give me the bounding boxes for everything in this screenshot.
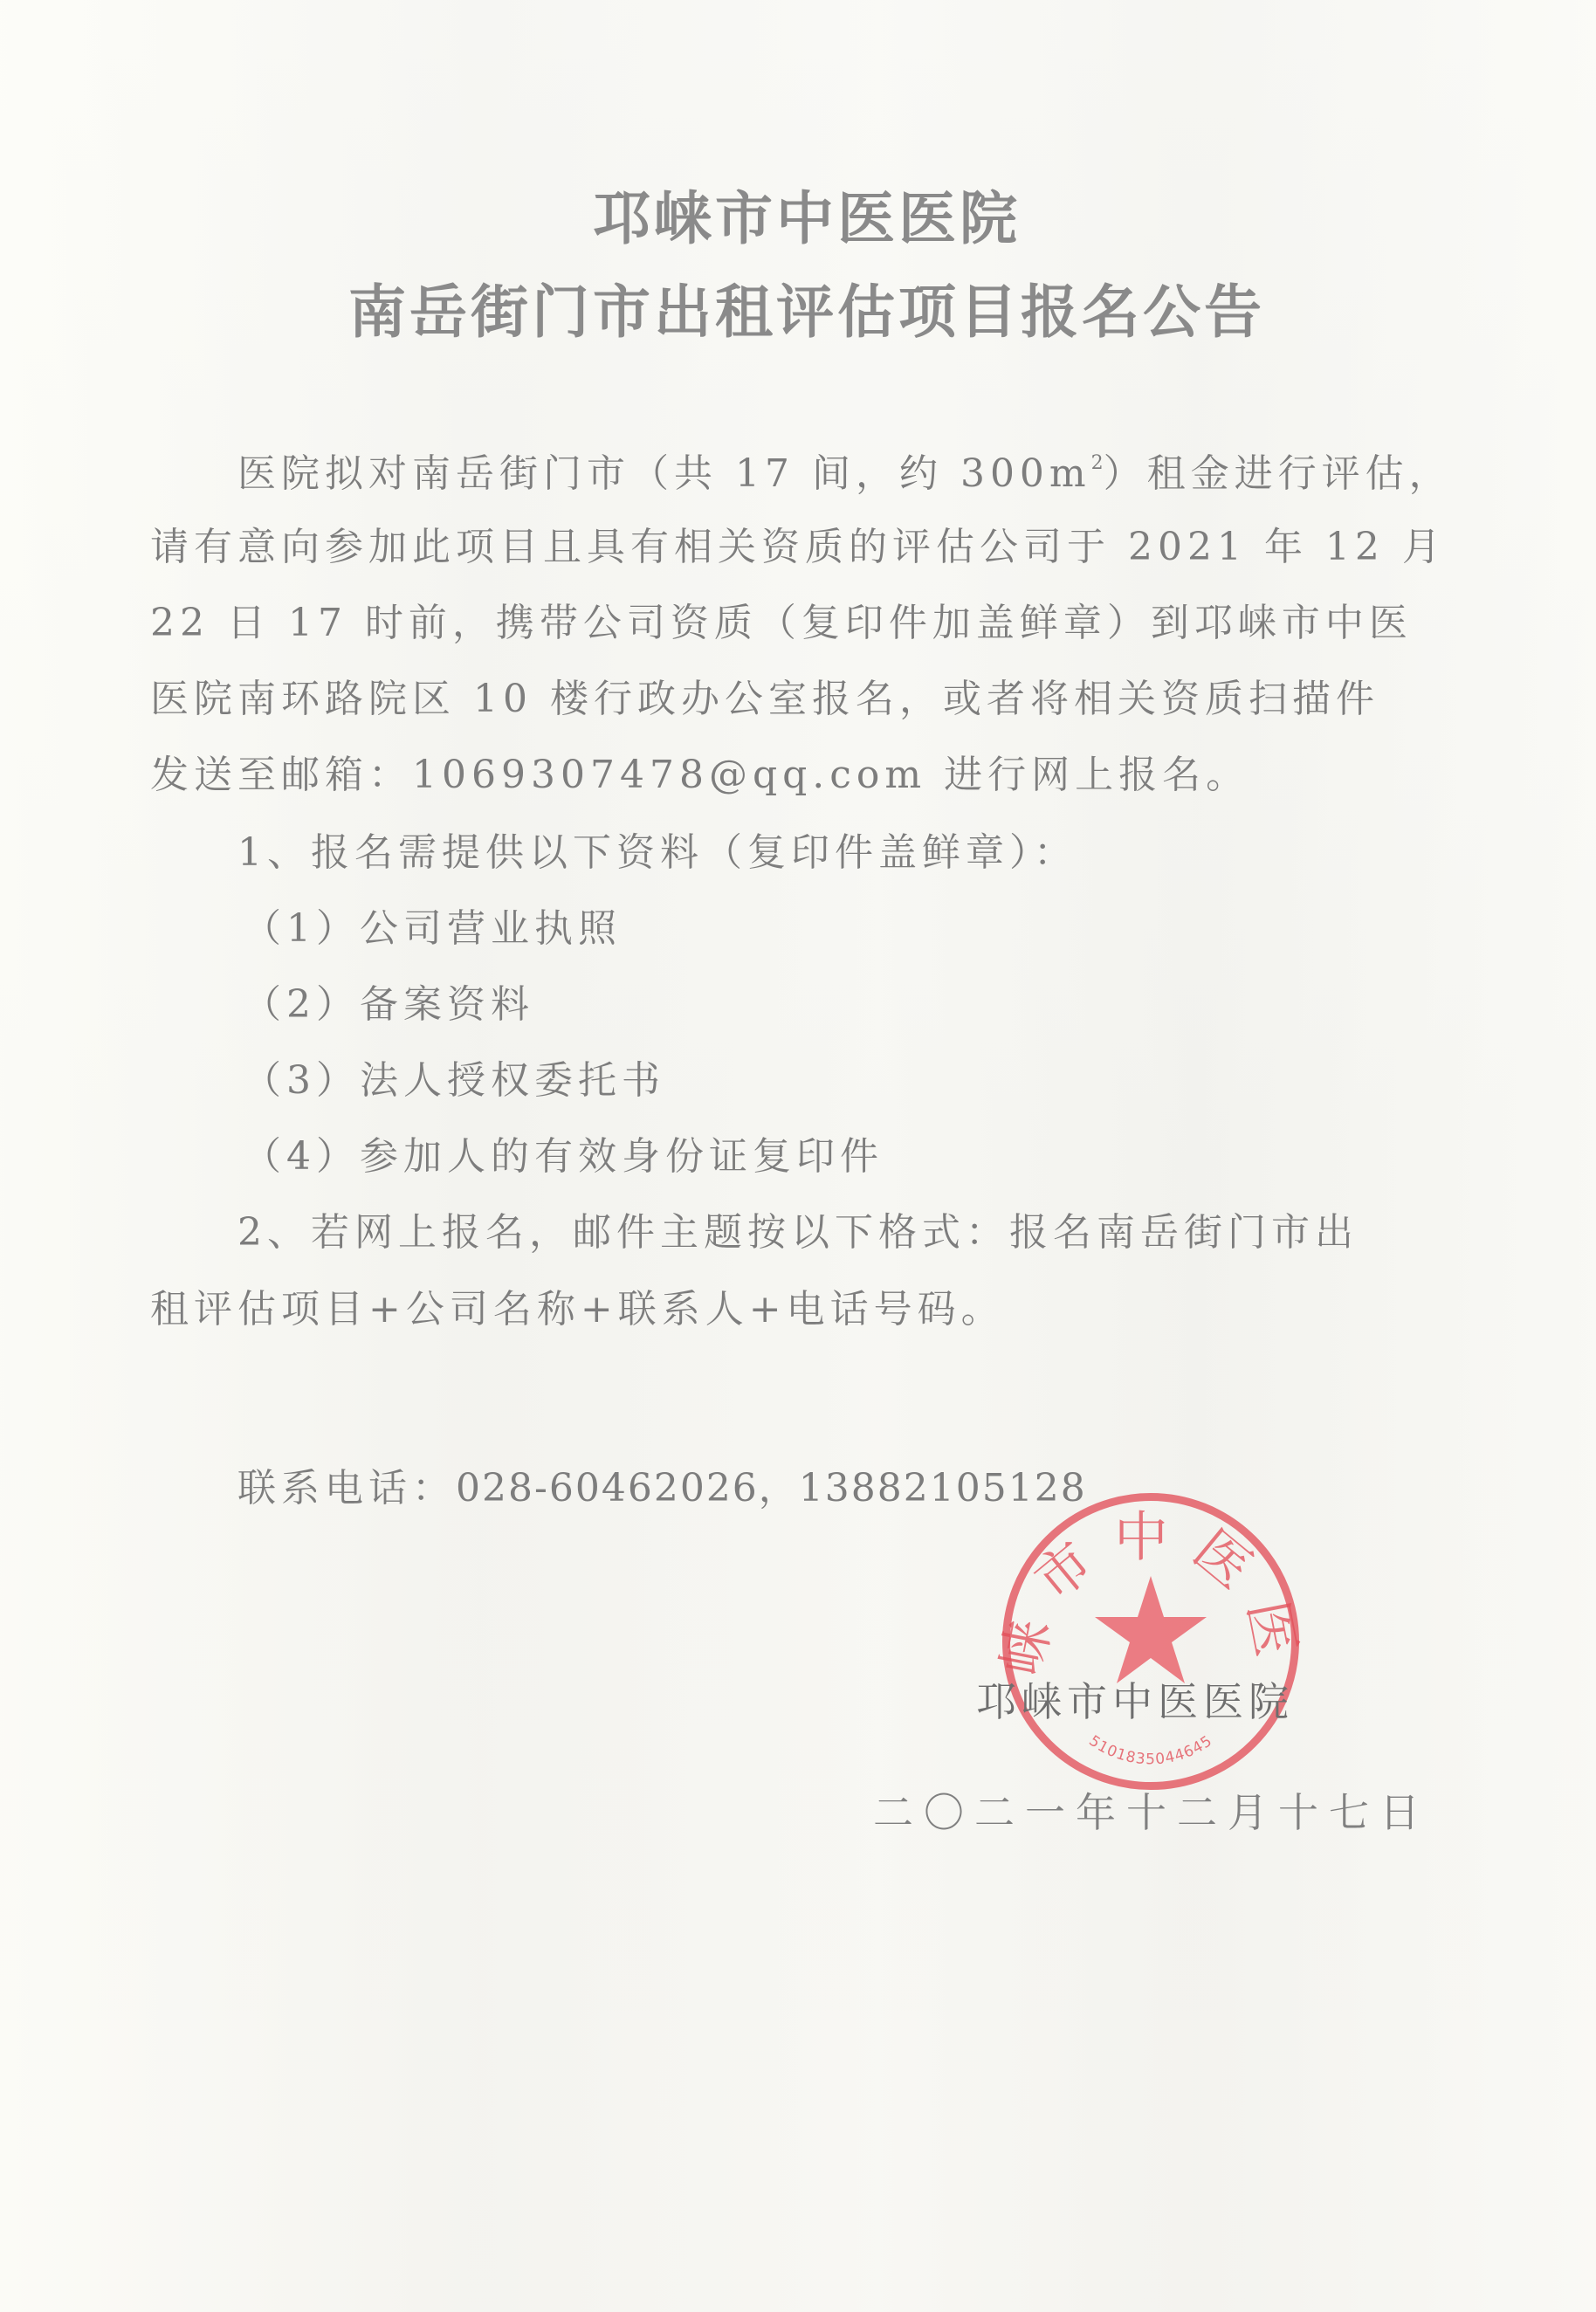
contact-phones: 028-60462026，13882105128 [456, 1466, 1087, 1510]
area-superscript: 2 [1091, 452, 1104, 474]
official-seal-stamp: 邛崃市中医医院 5101835044645 [1002, 1493, 1299, 1790]
online-registration-note: 2、若网上报名，邮件主题按以下格式：报名南岳街门市出 [237, 1214, 1359, 1252]
requirement-item: （3）法人授权委托书 [243, 1062, 665, 1100]
seal-code: 5101835044645 [1085, 1732, 1215, 1768]
star-icon [1095, 1576, 1207, 1683]
requirement-item: （4）参加人的有效身份证复印件 [243, 1138, 884, 1176]
document-title-organization: 邛崃市中医医院 [9, 190, 1596, 248]
requirements-heading: 1、报名需提供以下资料（复印件盖鲜章）： [237, 834, 1077, 872]
contact-label: 联系电话： [237, 1466, 456, 1510]
requirement-item: （2）备案资料 [243, 986, 534, 1024]
body-paragraph-line: 医院南环路院区 10 楼行政办公室报名，或者将相关资质扫描件 [150, 680, 1379, 719]
body-paragraph-line: 医院拟对南岳街门市（共 17 间，约 300m2）租金进行评估， [237, 454, 1453, 493]
document-title-notice: 南岳街门市出租评估项目报名公告 [9, 284, 1596, 341]
body-paragraph-line: 22 日 17 时前，携带公司资质（复印件加盖鲜章）到邛崃市中医 [150, 604, 1413, 643]
requirement-item: （1）公司营业执照 [243, 910, 622, 948]
body-text: 医院拟对南岳街门市（共 17 间，约 300m [237, 451, 1091, 496]
body-paragraph-line: 请有意向参加此项目且具有相关资质的评估公司于 2021 年 12 月 [150, 528, 1446, 567]
online-registration-note: 租评估项目+公司名称+联系人+电话号码。 [150, 1290, 1005, 1329]
issuer-signature: 邛崃市中医医院 [976, 1670, 1294, 1728]
seal-graphic: 邛崃市中医医院 5101835044645 [1002, 1493, 1299, 1790]
scanned-document-page: 邛崃市中医医院 南岳街门市出租评估项目报名公告 医院拟对南岳街门市（共 17 间… [0, 0, 1596, 2312]
body-text: ）租金进行评估， [1104, 451, 1453, 496]
contact-phone-line: 联系电话：028-60462026，13882105128 [237, 1469, 1087, 1508]
issue-date: 二〇二一年十二月十七日 [873, 1781, 1430, 1839]
body-paragraph-line: 发送至邮箱：1069307478@qq.com 进行网上报名。 [150, 756, 1249, 795]
